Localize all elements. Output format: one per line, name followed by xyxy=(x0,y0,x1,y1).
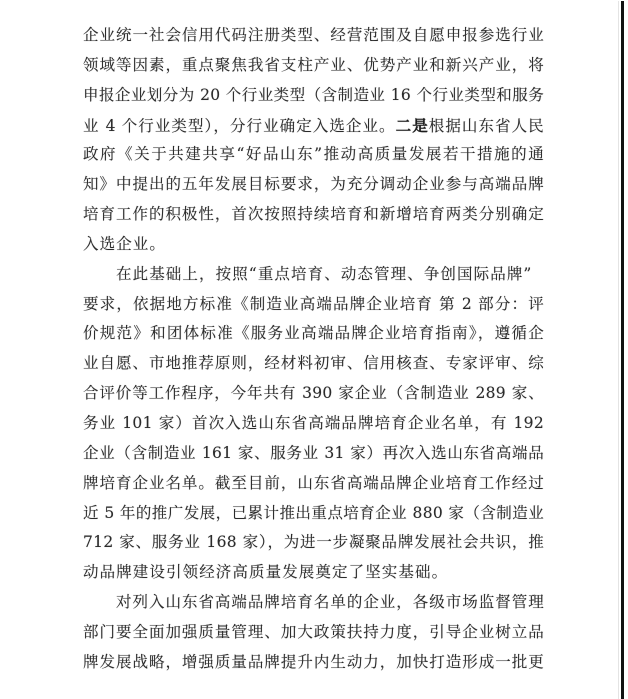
text-line: 动品牌建设引领经济高质量发展奠定了坚实基础。 xyxy=(83,558,544,588)
text-run: 业 4 个行业类型），分行业确定入选企业。 xyxy=(83,117,396,135)
text-line: 合评价等工作程序，今年共有 390 家企业（含制造业 289 家、服 xyxy=(83,379,544,409)
paragraph-1: 企业统一社会信用代码注册类型、经营范围及自愿申报参选行业 领域等因素，重点聚焦我… xyxy=(83,21,544,260)
text-line: 政府《关于共建共享“好品山东”推动高质量发展若干措施的通 xyxy=(83,140,544,170)
text-line: 部门要全面加强质量管理、加大政策扶持力度，引导企业树立品 xyxy=(83,618,544,648)
text-line: 业 4 个行业类型），分行业确定入选企业。二是根据山东省人民 xyxy=(83,111,544,141)
text-line: 价规范》和团体标准《服务业高端品牌企业培育指南》，遵循企 xyxy=(83,319,544,349)
text-line: 申报企业划分为 20 个行业类型（含制造业 16 个行业类型和服务 xyxy=(83,81,544,111)
document-page: 企业统一社会信用代码注册类型、经营范围及自愿申报参选行业 领域等因素，重点聚焦我… xyxy=(0,0,628,699)
page-edge-rule xyxy=(621,1,624,699)
text-line: 入选企业。 xyxy=(83,230,544,260)
text-line: 务业 101 家）首次入选山东省高端品牌培育企业名单，有 192 家 xyxy=(83,409,544,439)
paragraph-2: 在此基础上，按照“重点培育、动态管理、争创国际品牌” 要求，依据地方标准《制造业… xyxy=(83,260,544,588)
paragraph-3: 对列入山东省高端品牌培育名单的企业，各级市场监督管理 部门要全面加强质量管理、加… xyxy=(83,588,544,678)
emphasis-text: 二是 xyxy=(396,116,429,135)
page-edge-shadow xyxy=(618,1,619,699)
text-line: 712 家、服务业 168 家），为进一步凝聚品牌发展社会共识，推 xyxy=(83,528,544,558)
text-line: 牌发展战略，增强质量品牌提升内生动力，加快打造形成一批更 xyxy=(83,648,544,678)
text-line: 要求，依据地方标准《制造业高端品牌企业培育 第 2 部分：评 xyxy=(83,290,544,320)
text-line: 在此基础上，按照“重点培育、动态管理、争创国际品牌” xyxy=(83,260,544,290)
text-line: 知》中提出的五年发展目标要求，为充分调动企业参与高端品牌 xyxy=(83,170,544,200)
text-run: 根据山东省人民 xyxy=(429,117,544,135)
text-line: 企业统一社会信用代码注册类型、经营范围及自愿申报参选行业 xyxy=(83,21,544,51)
text-line: 企业（含制造业 161 家、服务业 31 家）再次入选山东省高端品 xyxy=(83,439,544,469)
text-line: 业自愿、市地推荐原则，经材料初审、信用核查、专家评审、综 xyxy=(83,349,544,379)
text-line: 对列入山东省高端品牌培育名单的企业，各级市场监督管理 xyxy=(83,588,544,618)
document-body: 企业统一社会信用代码注册类型、经营范围及自愿申报参选行业 领域等因素，重点聚焦我… xyxy=(83,21,544,678)
text-line: 牌培育企业名单。截至目前，山东省高端品牌企业培育工作经过 xyxy=(83,469,544,499)
text-line: 领域等因素，重点聚焦我省支柱产业、优势产业和新兴产业，将 xyxy=(83,51,544,81)
text-line: 近 5 年的推广发展，已累计推出重点培育企业 880 家（含制造业 xyxy=(83,499,544,529)
text-line: 培育工作的积极性，首次按照持续培育和新增培育两类分别确定 xyxy=(83,200,544,230)
